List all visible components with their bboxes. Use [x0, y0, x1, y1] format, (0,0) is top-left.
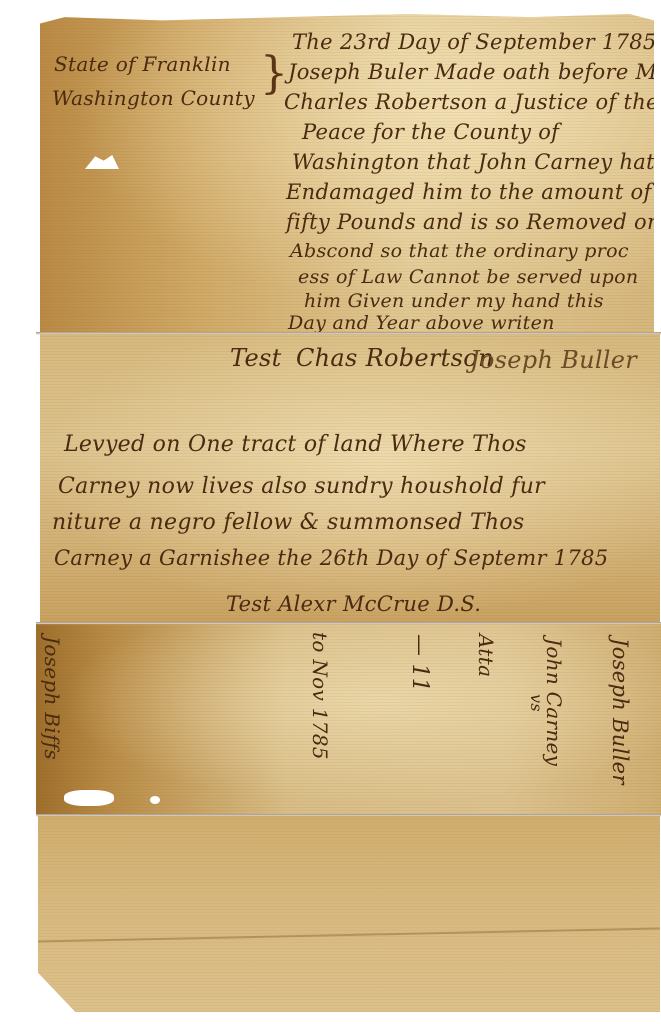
page-panel-affidavit: State of Franklin Washington County } Th…	[40, 14, 654, 332]
levy-line: Carney a Garnishee the 26th Day of Septe…	[54, 546, 608, 570]
page-panel-docket: Joseph Biffs to Nov 1785 — 11 Atta John …	[36, 624, 661, 814]
docket-date: to Nov 1785	[308, 632, 332, 760]
levy-signature: Test Alexr McCrue D.S.	[226, 592, 481, 616]
page-panel-blank	[38, 816, 660, 1012]
body-line: him Given under my hand this	[304, 290, 604, 312]
document-scan: State of Franklin Washington County } Th…	[0, 0, 661, 1024]
body-line: Day and Year above writen	[288, 312, 555, 332]
fold-line	[36, 332, 661, 335]
body-line: ess of Law Cannot be served upon	[298, 266, 638, 288]
fold-line	[36, 622, 661, 625]
levy-line: niture a negro fellow & summonsed Thos	[52, 510, 525, 535]
header-county: Washington County	[52, 86, 255, 110]
test-label: Test	[230, 344, 282, 372]
docket-mark: — 11	[407, 634, 432, 692]
docket-plaintiff: Joseph Buller	[608, 638, 632, 785]
docket-vs: vs	[527, 694, 546, 712]
witness-signature: Chas Robertson	[296, 344, 494, 372]
signer-signature: Joseph Buller	[470, 346, 637, 374]
body-line: Charles Robertson a Justice of the	[284, 90, 654, 114]
paper-tear	[64, 790, 114, 806]
body-line: Endamaged him to the amount of	[286, 180, 652, 204]
levy-line: Levyed on One tract of land Where Thos	[64, 432, 527, 457]
body-line: fifty Pounds and is so Removed or	[286, 210, 654, 234]
body-line: The 23rd Day of September 1785	[292, 30, 654, 54]
header-state: State of Franklin	[54, 52, 231, 76]
fold-line	[36, 814, 661, 817]
docket-atta: Atta	[474, 634, 498, 677]
fold-crease	[38, 927, 660, 942]
body-line: Washington that John Carney hath	[292, 150, 654, 174]
body-line: Peace for the County of	[302, 120, 559, 144]
docket-left-name: Joseph Biffs	[40, 636, 64, 760]
levy-line: Carney now lives also sundry houshold fu…	[58, 474, 545, 499]
page-panel-levy: Test Chas Robertson Joseph Buller Levyed…	[40, 334, 660, 622]
body-line: Joseph Buler Made oath before Me	[288, 60, 654, 84]
paper-tear	[150, 796, 160, 804]
body-line: Abscond so that the ordinary proc	[290, 240, 629, 262]
